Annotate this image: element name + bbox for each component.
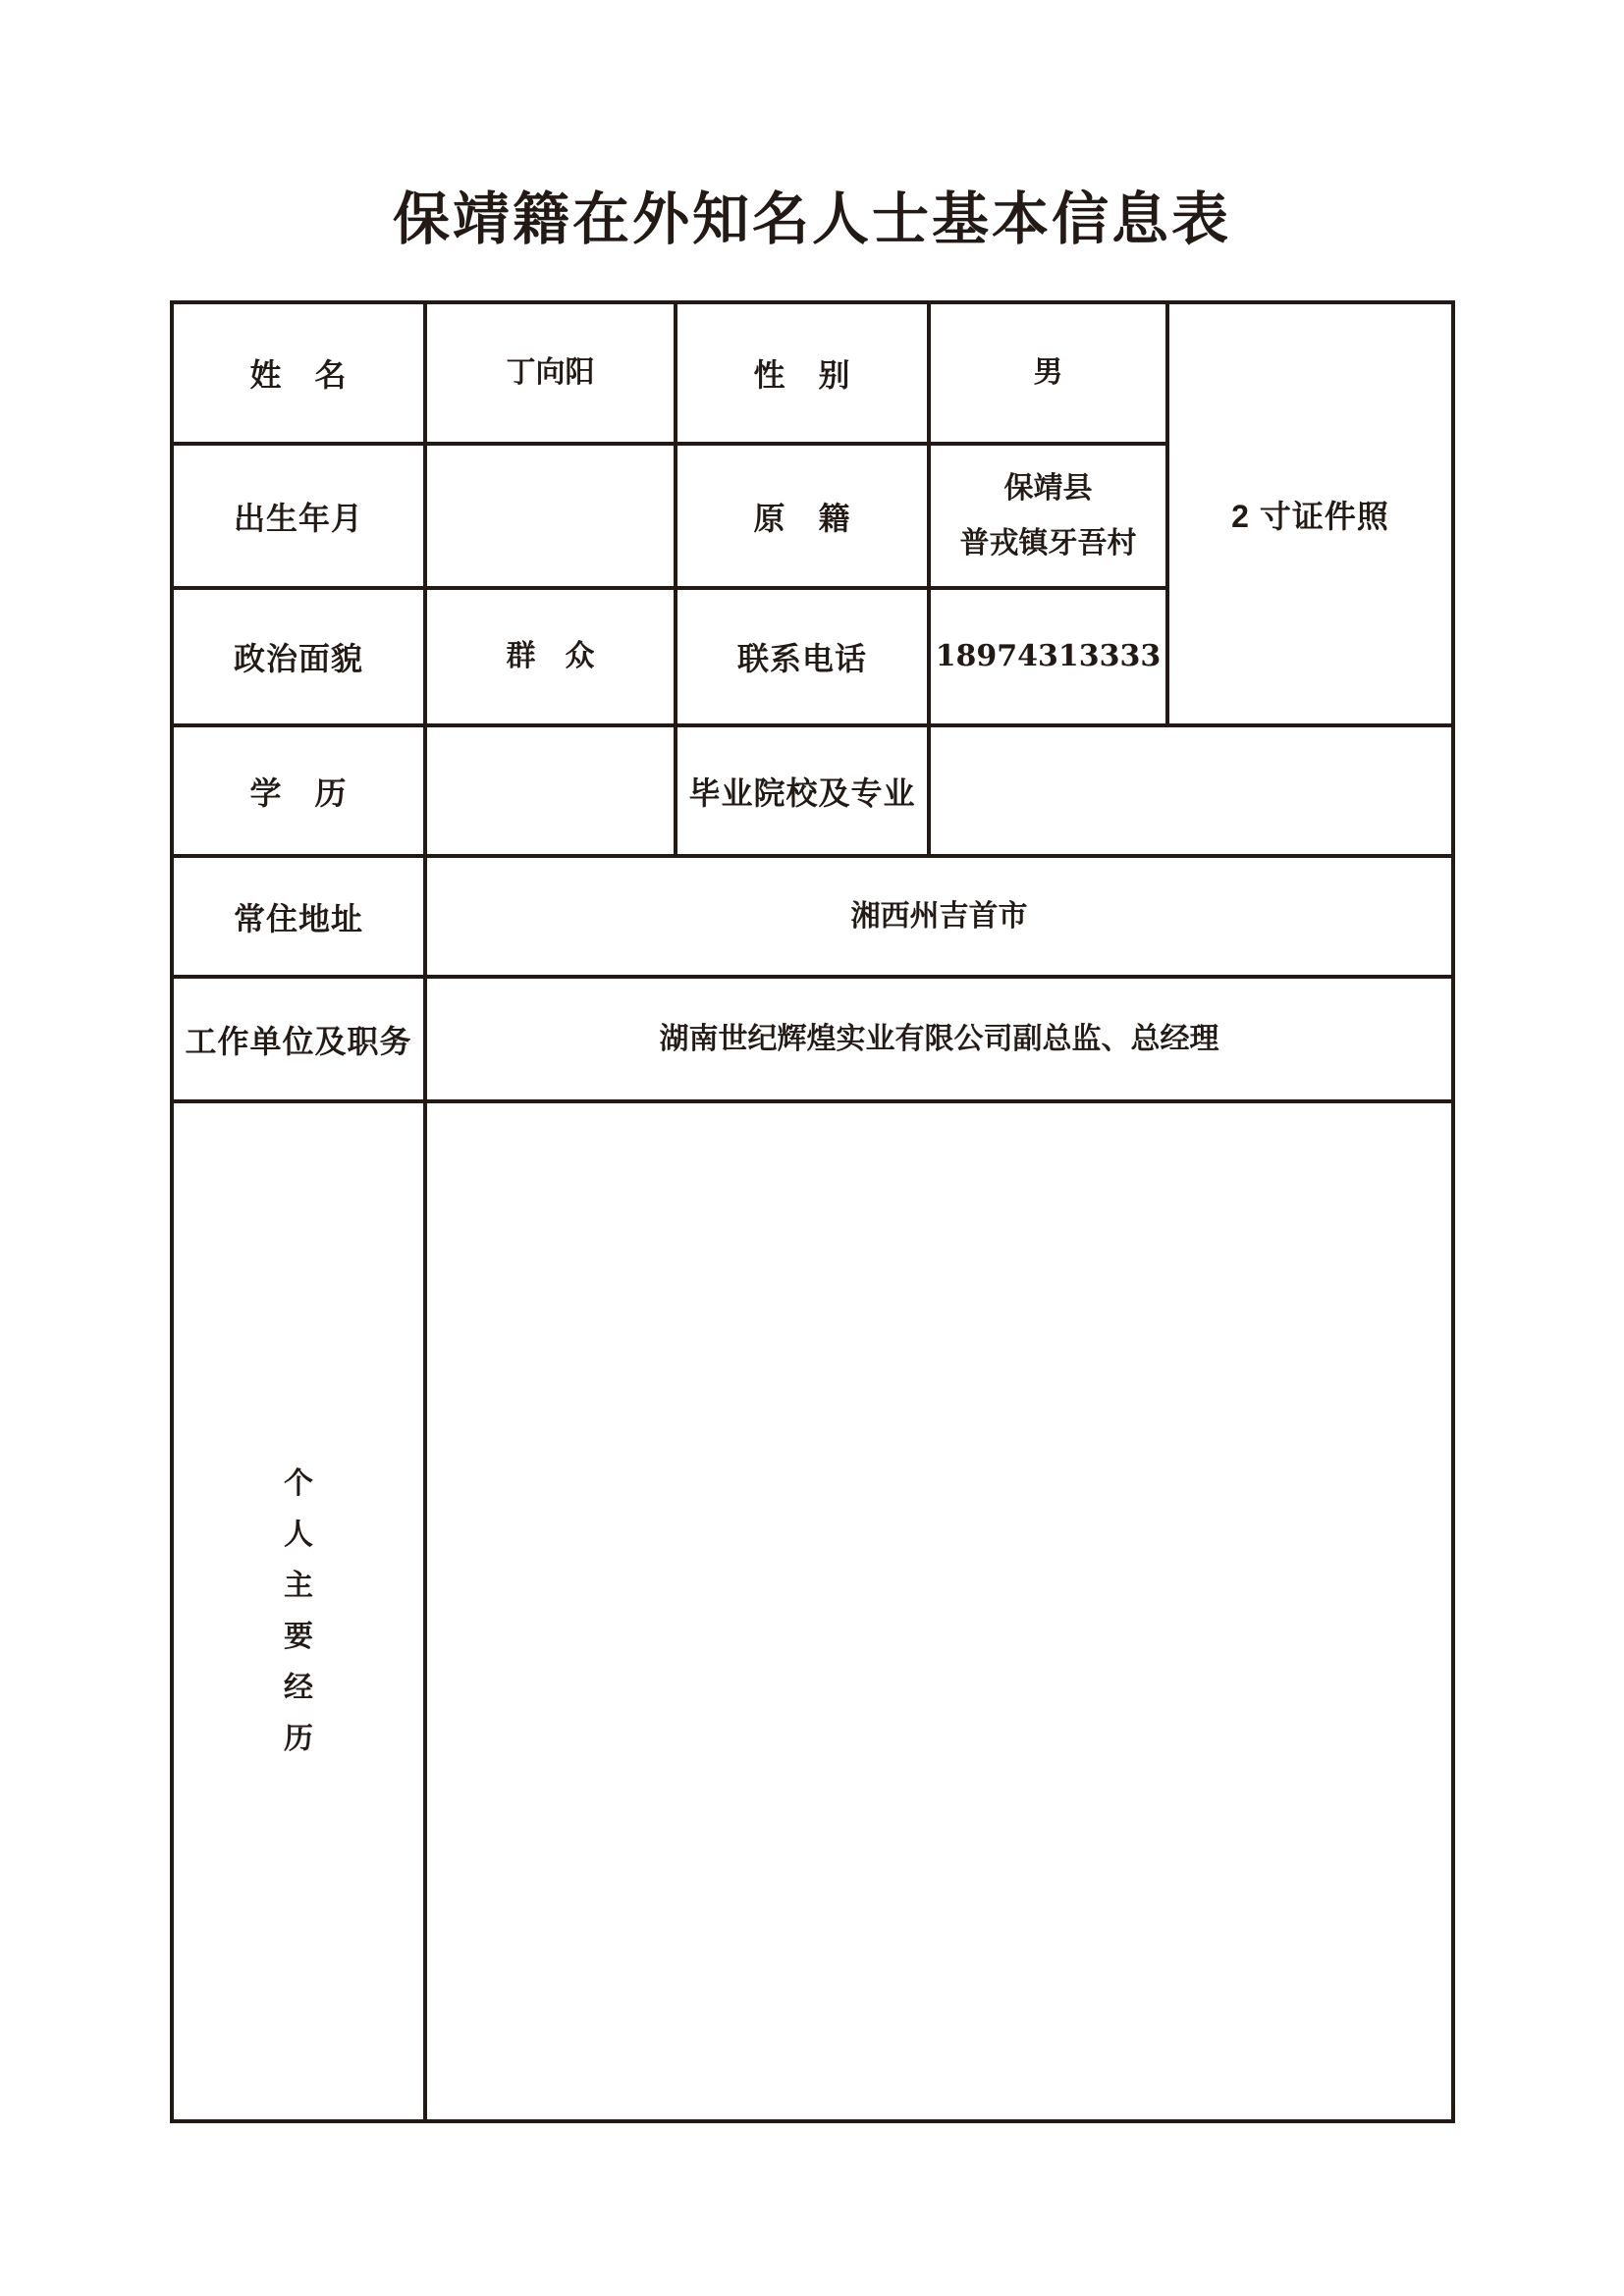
document-page: 保靖籍在外知名人士基本信息表 姓 名 丁向阳 性 别 男 2 寸证件照 出生年月…: [0, 0, 1624, 2296]
gender-value: 男: [931, 304, 1165, 442]
school-major-value: [931, 727, 1451, 854]
photo-placeholder-cell: 2 寸证件照: [1169, 304, 1451, 723]
personal-experience-value: [427, 1103, 1451, 2119]
info-form-table: 姓 名 丁向阳 性 别 男 2 寸证件照 出生年月 原 籍 保靖县 普戎镇牙吾村…: [170, 300, 1455, 2123]
birthdate-value: [427, 446, 674, 586]
school-major-label: 毕业院校及专业: [677, 727, 927, 854]
phone-value: 18974313333: [931, 590, 1165, 723]
personal-experience-label: 个 人 主 要 经 历: [174, 1103, 423, 2119]
political-status-label: 政治面貌: [174, 590, 423, 723]
address-value: 湘西州吉首市: [427, 858, 1451, 975]
work-unit-label: 工作单位及职务: [174, 979, 423, 1099]
gender-label: 性 别: [677, 304, 927, 442]
name-value: 丁向阳: [427, 304, 674, 442]
address-label: 常住地址: [174, 858, 423, 975]
origin-label: 原 籍: [677, 446, 927, 586]
name-label: 姓 名: [174, 304, 423, 442]
birthdate-label: 出生年月: [174, 446, 423, 586]
origin-value: 保靖县 普戎镇牙吾村: [931, 446, 1165, 586]
education-value: [427, 727, 674, 854]
political-status-value: 群 众: [427, 590, 674, 723]
phone-label: 联系电话: [677, 590, 927, 723]
page-title: 保靖籍在外知名人士基本信息表: [0, 188, 1624, 251]
work-unit-value: 湖南世纪辉煌实业有限公司副总监、总经理: [427, 979, 1451, 1099]
education-label: 学 历: [174, 727, 423, 854]
